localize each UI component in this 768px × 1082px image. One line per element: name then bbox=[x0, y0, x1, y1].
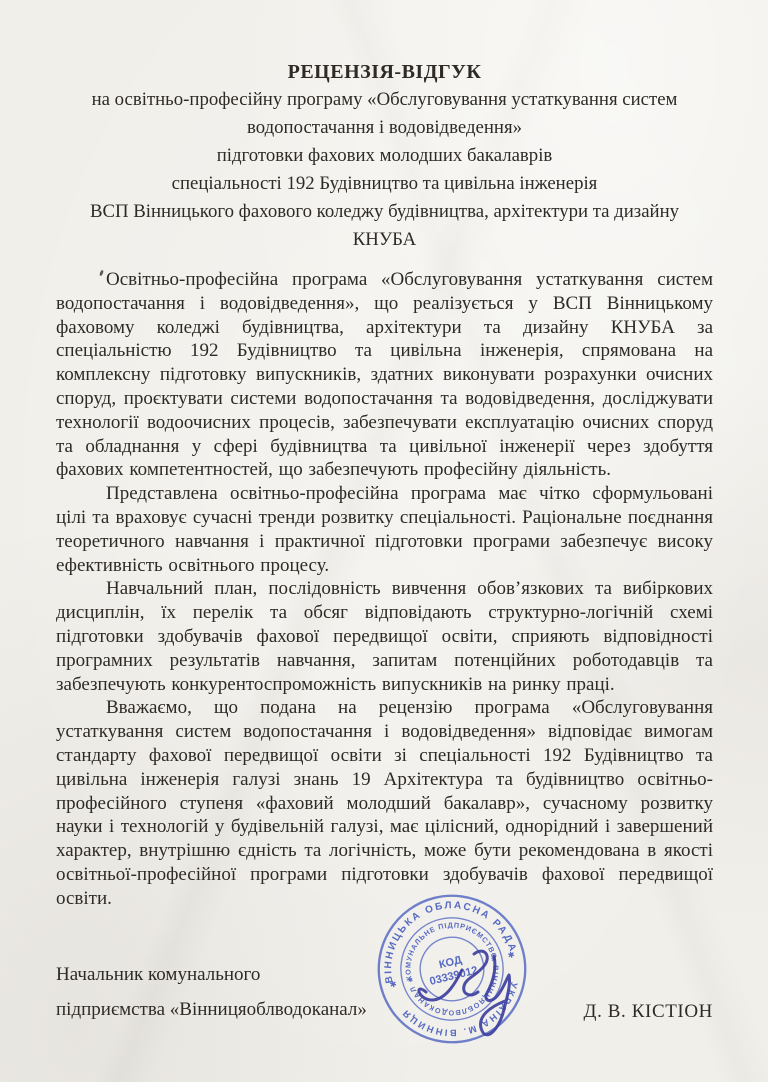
subtitle-line: КНУБА bbox=[56, 226, 713, 254]
subtitle-line: ВСП Вінницького фахового коледжу будівни… bbox=[56, 198, 713, 226]
handwritten-signature bbox=[408, 930, 533, 1060]
document-content: РЕЦЕНЗІЯ-ВІДГУК на освітньо-професійну п… bbox=[56, 58, 713, 1027]
subtitle-line: підготовки фахових молодших бакалаврів bbox=[56, 142, 713, 170]
signer-name: Д. В. КІСТІОН bbox=[584, 1001, 713, 1027]
subtitle-line: водопостачання і водовідведення» bbox=[56, 114, 713, 142]
paragraph-program-overview: Освітньо-професійна програма «Обслуговув… bbox=[56, 268, 713, 482]
paragraph-goals: Представлена освітньо-професійна програм… bbox=[56, 482, 713, 577]
document-subtitle: на освітньо-професійну програму «Обслуго… bbox=[56, 86, 713, 254]
document-title: РЕЦЕНЗІЯ-ВІДГУК bbox=[56, 58, 713, 86]
signer-position-line2: підприємства «Вінницяоблводоканал» bbox=[56, 992, 367, 1027]
signer-position-line1: Начальник комунального bbox=[56, 957, 367, 992]
paragraph-curriculum: Навчальний план, послідовність вивчення … bbox=[56, 577, 713, 696]
subtitle-line: на освітньо-професійну програму «Обслуго… bbox=[56, 86, 713, 114]
paragraph-conclusion: Вважаємо, що подана на рецензію програма… bbox=[56, 696, 713, 910]
document-body: Освітньо-професійна програма «Обслуговув… bbox=[56, 268, 713, 911]
signer-position: Начальник комунального підприємства «Він… bbox=[56, 957, 367, 1027]
scanned-document-page: РЕЦЕНЗІЯ-ВІДГУК на освітньо-професійну п… bbox=[0, 0, 768, 1082]
stamp-star-icon: ✱ bbox=[389, 978, 398, 989]
subtitle-line: спеціальності 192 Будівництво та цивільн… bbox=[56, 170, 713, 198]
